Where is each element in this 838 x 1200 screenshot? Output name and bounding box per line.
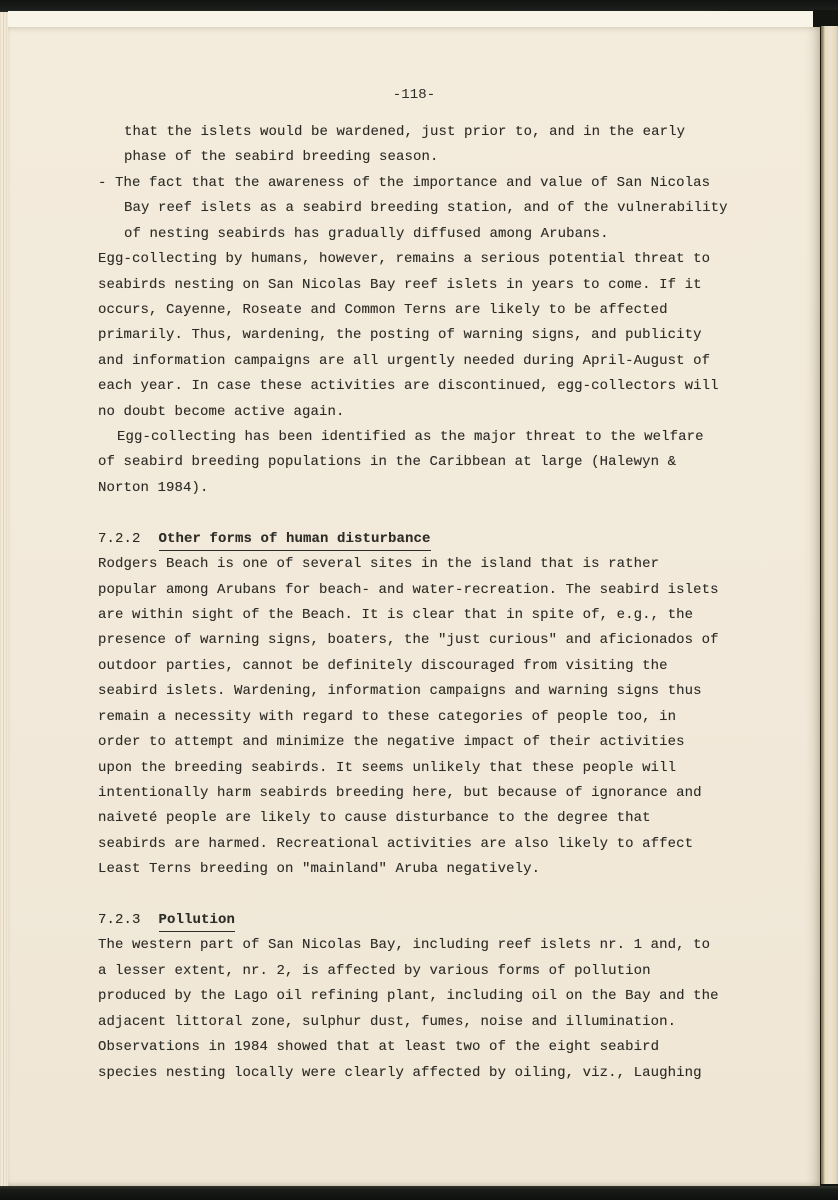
text-line: Bay reef islets as a seabird breeding st…	[98, 196, 758, 221]
scan-border-bottom	[0, 1186, 838, 1200]
text-line: order to attempt and minimize the negati…	[98, 730, 758, 755]
section-number: 7.2.2	[98, 531, 141, 547]
text-line: The western part of San Nicolas Bay, inc…	[98, 933, 758, 958]
text-line: seabird islets. Wardening, information c…	[98, 679, 758, 704]
section-title: Other forms of human disturbance	[159, 530, 431, 551]
body-text: that the islets would be wardened, just …	[98, 120, 758, 1086]
text-line: popular among Arubans for beach- and wat…	[98, 578, 758, 603]
section-heading: 7.2.2Other forms of human disturbance	[98, 527, 758, 552]
text-line: Rodgers Beach is one of several sites in…	[98, 552, 758, 577]
scanned-book-page: -118- that the islets would be wardened,…	[0, 0, 838, 1200]
page-sheet: -118- that the islets would be wardened,…	[8, 27, 820, 1187]
section-heading: 7.2.3Pollution	[98, 908, 758, 933]
text-line: Egg-collecting has been identified as th…	[98, 425, 758, 450]
text-line: adjacent littoral zone, sulphur dust, fu…	[98, 1010, 758, 1035]
text-line: naiveté people are likely to cause distu…	[98, 806, 758, 831]
text-line: - The fact that the awareness of the imp…	[98, 171, 758, 196]
text-line: of seabird breeding populations in the C…	[98, 450, 758, 475]
text-line: no doubt become active again.	[98, 400, 758, 425]
text-line: upon the breeding seabirds. It seems unl…	[98, 756, 758, 781]
section-number: 7.2.3	[98, 912, 141, 928]
text-line: remain a necessity with regard to these …	[98, 705, 758, 730]
page-number: -118-	[8, 83, 820, 108]
text-line: phase of the seabird breeding season.	[98, 145, 758, 170]
text-line: a lesser extent, nr. 2, is affected by v…	[98, 959, 758, 984]
text-line: outdoor parties, cannot be definitely di…	[98, 654, 758, 679]
text-line: Observations in 1984 showed that at leas…	[98, 1035, 758, 1060]
text-line: seabirds nesting on San Nicolas Bay reef…	[98, 273, 758, 298]
section-title: Pollution	[159, 911, 236, 932]
text-line: are within sight of the Beach. It is cle…	[98, 603, 758, 628]
text-line: primarily. Thus, wardening, the posting …	[98, 323, 758, 348]
text-line: produced by the Lago oil refining plant,…	[98, 984, 758, 1009]
text-line: of nesting seabirds has gradually diffus…	[98, 222, 758, 247]
text-line: Norton 1984).	[98, 476, 758, 501]
text-line: intentionally harm seabirds breeding her…	[98, 781, 758, 806]
text-line: Least Terns breeding on "mainland" Aruba…	[98, 857, 758, 882]
text-line: occurs, Cayenne, Roseate and Common Tern…	[98, 298, 758, 323]
text-line: each year. In case these activities are …	[98, 374, 758, 399]
page-stack-edge-right	[821, 26, 838, 1184]
text-line: Egg-collecting by humans, however, remai…	[98, 247, 758, 272]
text-line: and information campaigns are all urgent…	[98, 349, 758, 374]
text-line: seabirds are harmed. Recreational activi…	[98, 832, 758, 857]
text-line: that the islets would be wardened, just …	[98, 120, 758, 145]
text-line: presence of warning signs, boaters, the …	[98, 628, 758, 653]
text-line: species nesting locally were clearly aff…	[98, 1061, 758, 1086]
